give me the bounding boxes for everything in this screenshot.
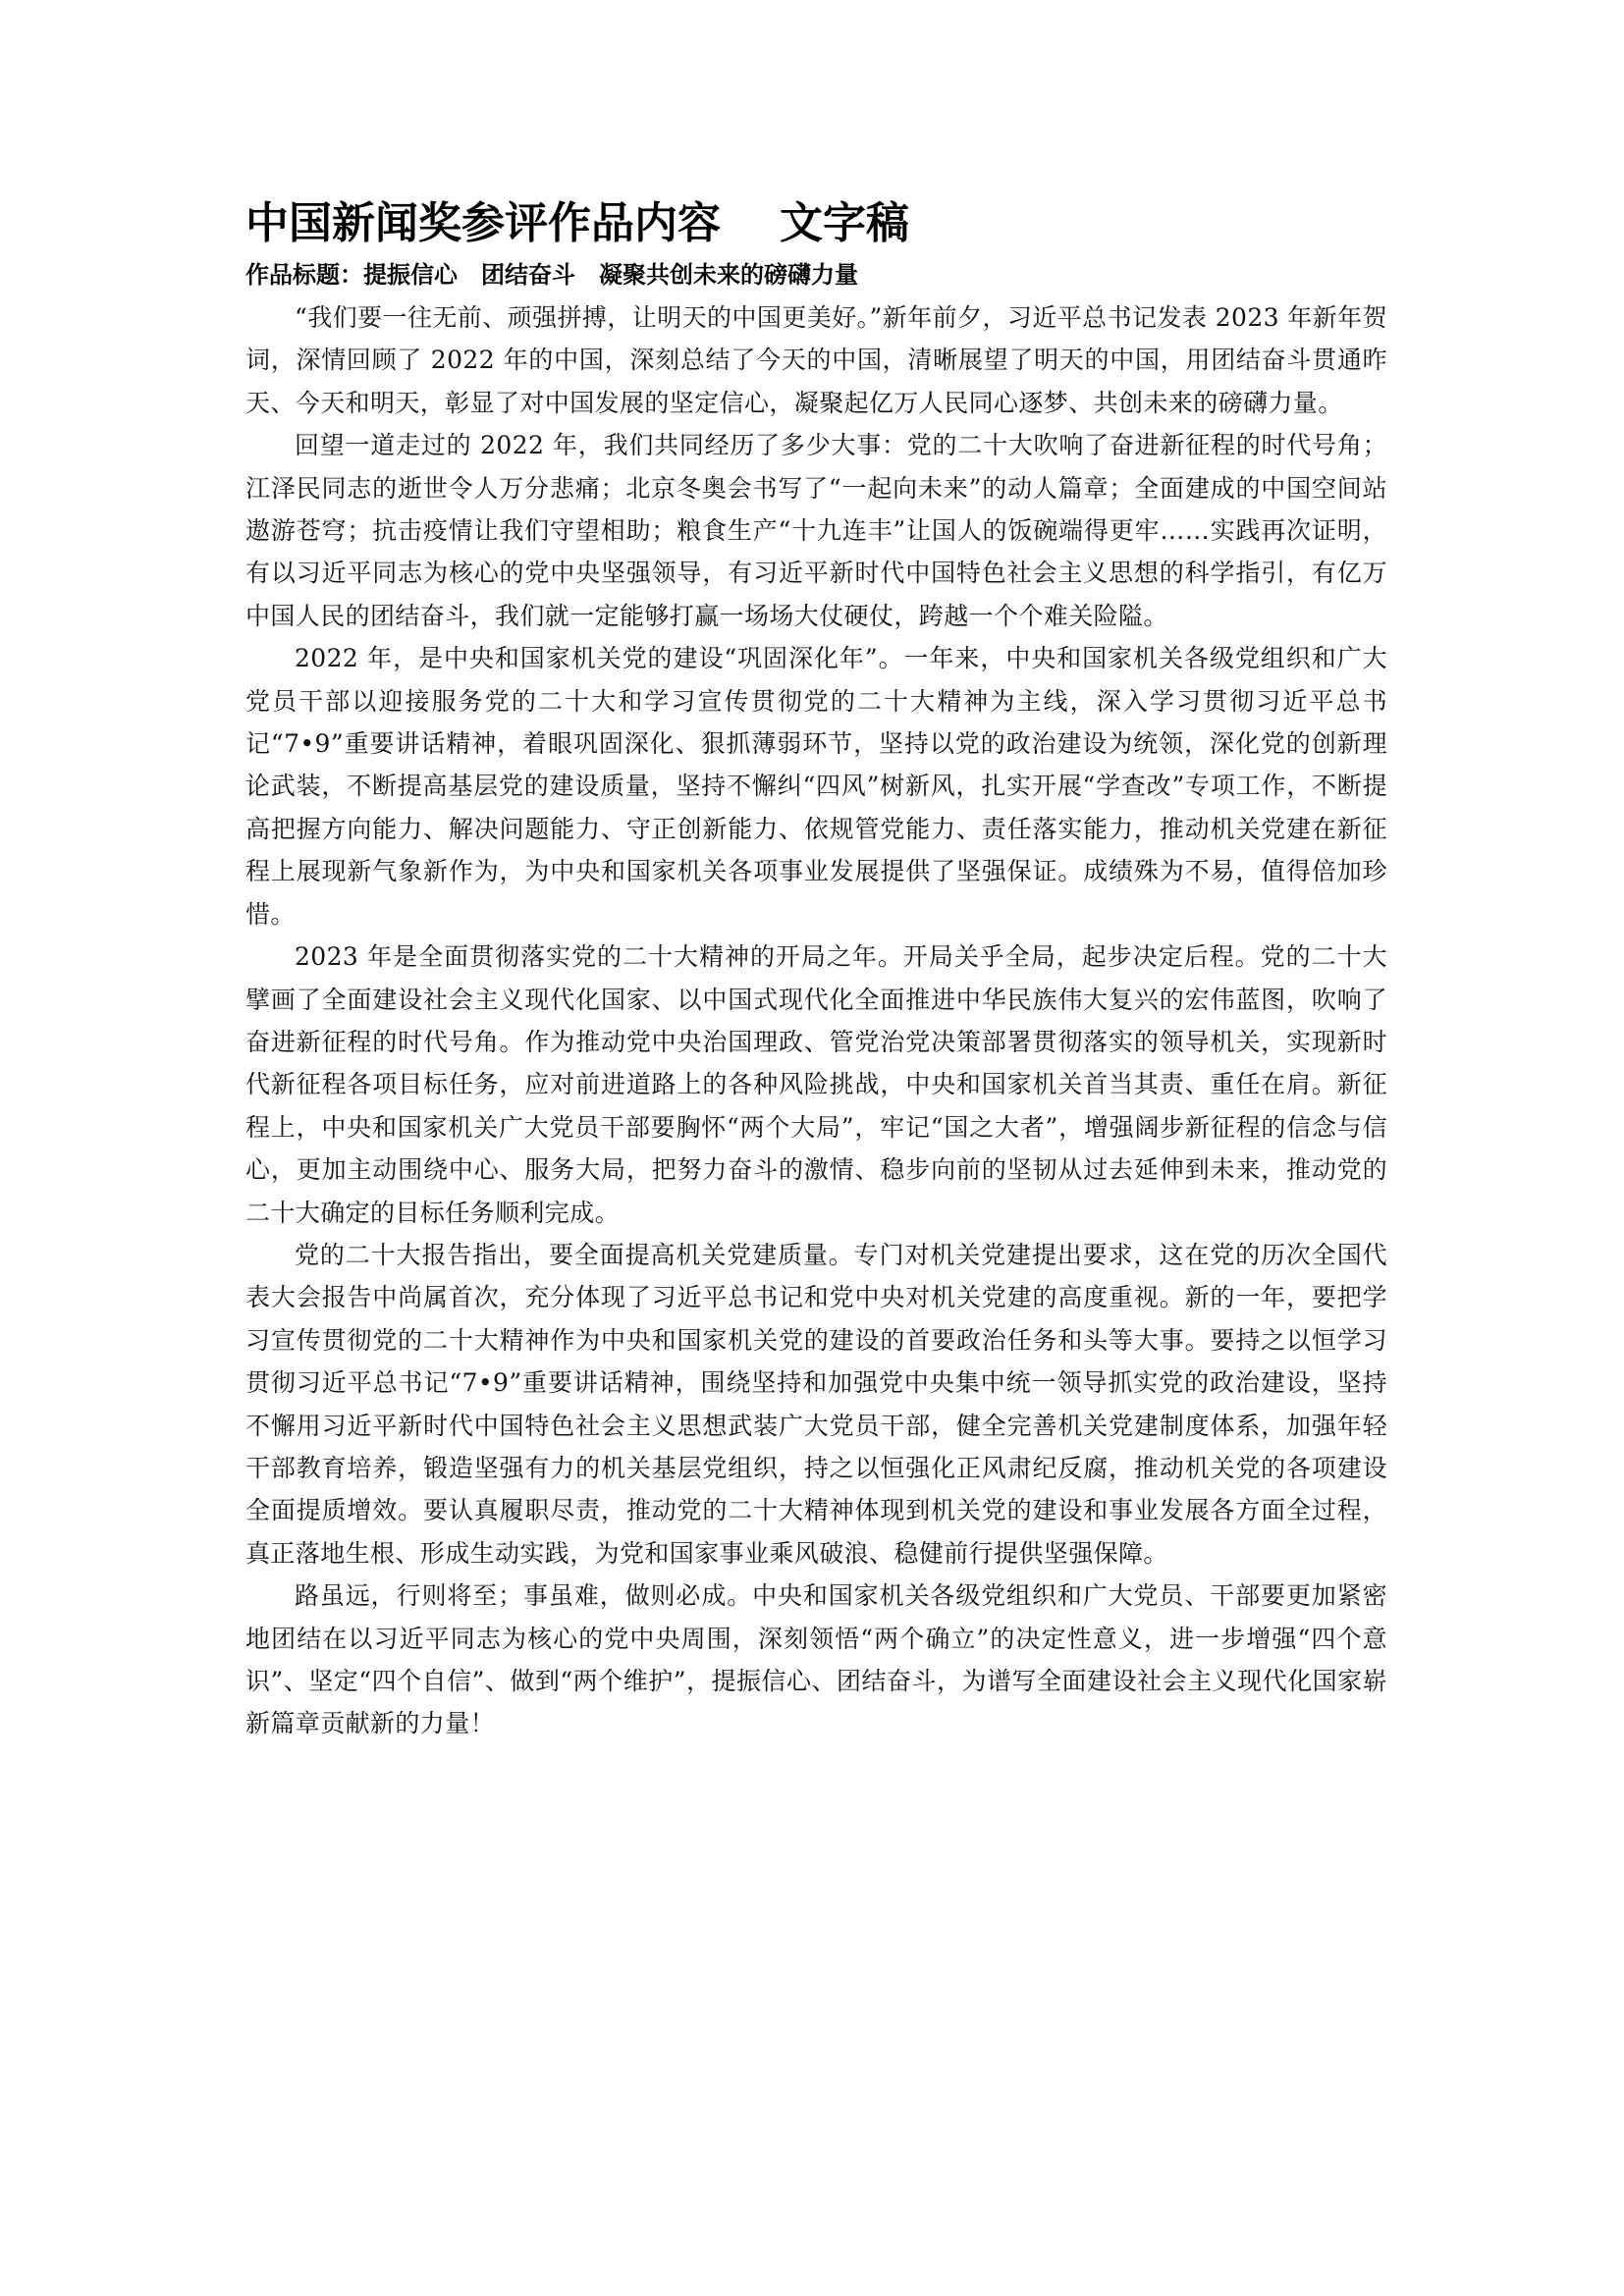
paragraph-4: 2023 年是全面贯彻落实党的二十大精神的开局之年。开局关乎全局，起步决定后程。…: [245, 935, 1387, 1234]
paragraph-6: 路虽远，行则将至；事虽难，做则必成。中央和国家机关各级党组织和广大党员、干部要更…: [245, 1575, 1387, 1745]
document-title-suffix: 文字稿: [780, 198, 909, 248]
paragraph-3: 2022 年，是中央和国家机关党的建设“巩固深化年”。一年来，中央和国家机关各级…: [245, 637, 1387, 935]
document-page: 中国新闻奖参评作品内容文字稿 作品标题：提振信心团结奋斗凝聚共创未来的磅礴力量 …: [245, 196, 1387, 1745]
document-title: 中国新闻奖参评作品内容文字稿: [245, 196, 1387, 251]
paragraph-2: 回望一道走过的 2022 年，我们共同经历了多少大事：党的二十大吹响了奋进新征程…: [245, 424, 1387, 637]
work-title-part-1: 提振信心: [363, 260, 458, 289]
article-body: “我们要一往无前、顽强拼搏，让明天的中国更美好。”新年前夕，习近平总书记发表 2…: [245, 296, 1387, 1745]
paragraph-1: “我们要一往无前、顽强拼搏，让明天的中国更美好。”新年前夕，习近平总书记发表 2…: [245, 296, 1387, 424]
paragraph-5: 党的二十大报告指出，要全面提高机关党建质量。专门对机关党建提出要求，这在党的历次…: [245, 1234, 1387, 1575]
work-title-part-3: 凝聚共创未来的磅礴力量: [599, 260, 858, 289]
work-title: 作品标题：提振信心团结奋斗凝聚共创未来的磅礴力量: [245, 255, 1387, 294]
work-title-label: 作品标题：: [245, 260, 363, 289]
document-title-main: 中国新闻奖参评作品内容: [245, 198, 721, 248]
work-title-part-2: 团结奋斗: [481, 260, 575, 289]
